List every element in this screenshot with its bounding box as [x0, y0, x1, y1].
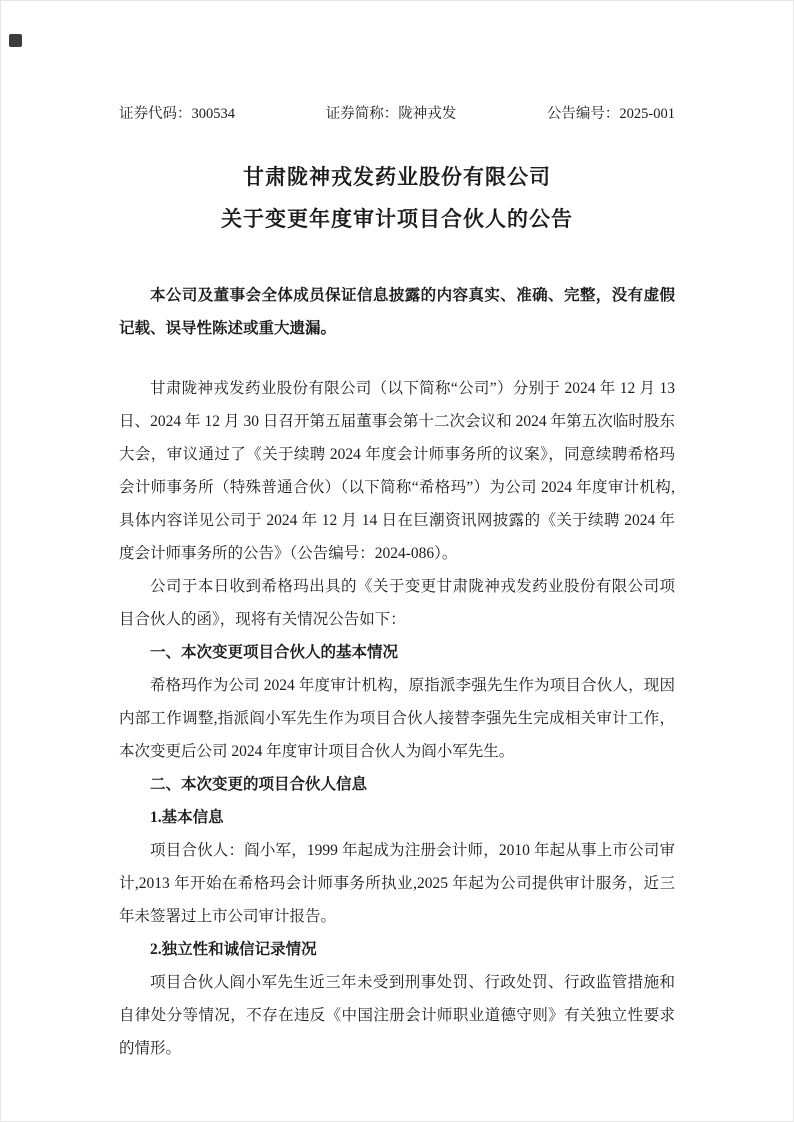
section-heading: 一、本次变更项目合伙人的基本情况 [119, 636, 675, 669]
disclaimer-statement: 本公司及董事会全体成员保证信息披露的内容真实、准确、完整，没有虚假记载、误导性陈… [119, 279, 675, 345]
body-paragraph: 公司于本日收到希格玛出具的《关于变更甘肃陇神戎发药业股份有限公司项目合伙人的函》… [119, 570, 675, 636]
document-body: 甘肃陇神戎发药业股份有限公司（以下简称“公司”）分别于 2024 年 12 月 … [119, 372, 675, 1065]
company-title: 甘肃陇神戎发药业股份有限公司 [1, 162, 793, 192]
announcement-title: 关于变更年度审计项目合伙人的公告 [1, 204, 793, 234]
stock-name: 证券简称：陇神戎发 [326, 104, 457, 124]
section-heading: 二、本次变更的项目合伙人信息 [119, 768, 675, 801]
scan-artifact-mark [9, 34, 22, 47]
body-paragraph: 项目合伙人阎小军先生近三年未受到刑事处罚、行政处罚、行政监管措施和自律处分等情况… [119, 966, 675, 1065]
section-heading: 1.基本信息 [119, 801, 675, 834]
body-paragraph: 甘肃陇神戎发药业股份有限公司（以下简称“公司”）分别于 2024 年 12 月 … [119, 372, 675, 570]
announcement-page: 证券代码：300534 证券简称：陇神戎发 公告编号：2025-001 甘肃陇神… [0, 0, 794, 1122]
document-header: 证券代码：300534 证券简称：陇神戎发 公告编号：2025-001 [119, 104, 675, 124]
stock-code: 证券代码：300534 [119, 104, 235, 124]
section-heading: 2.独立性和诚信记录情况 [119, 933, 675, 966]
announcement-number: 公告编号：2025-001 [547, 104, 675, 124]
body-paragraph: 项目合伙人：阎小军，1999 年起成为注册会计师，2010 年起从事上市公司审计… [119, 834, 675, 933]
body-paragraph: 希格玛作为公司 2024 年度审计机构，原指派李强先生作为项目合伙人，现因内部工… [119, 669, 675, 768]
